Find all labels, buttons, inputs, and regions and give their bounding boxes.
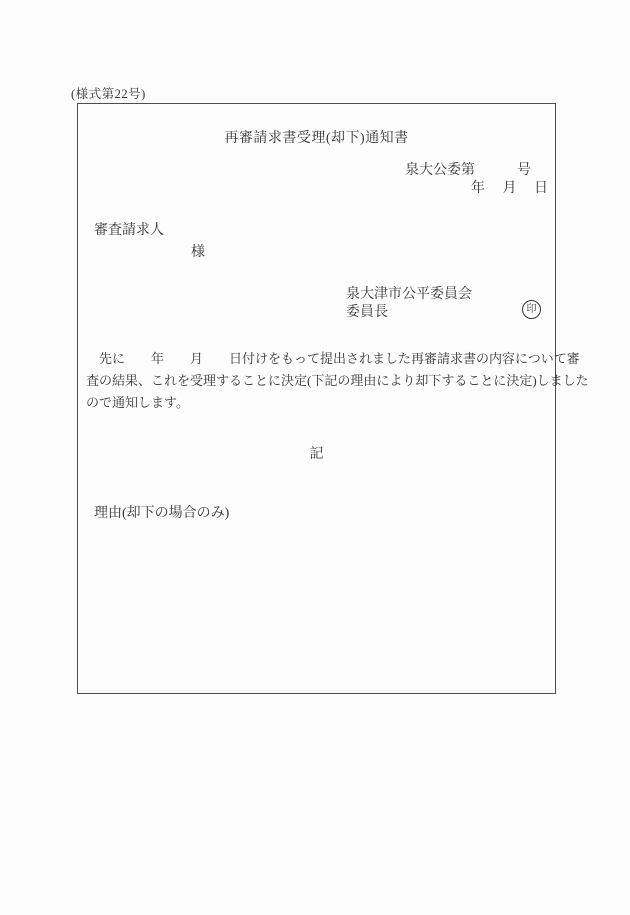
issuer-organization: 泉大津市公平委員会 <box>346 287 472 302</box>
reason-label: 理由(却下の場合のみ) <box>94 506 229 521</box>
form-number-label: (様式第22号) <box>71 84 146 102</box>
body-paragraph: 先に 年 月 日付けをもって提出されました再審請求書の内容について審 査の結果、… <box>86 348 549 414</box>
addressee-label: 審査請求人 <box>94 223 164 238</box>
body-line: 査の結果、これを受理することに決定(下記の理由により却下することに決定)しました <box>86 370 549 392</box>
body-line: ので通知します。 <box>86 392 549 414</box>
seal-stamp-text: 印 <box>527 304 537 315</box>
date-line: 年 月 日 <box>471 181 548 196</box>
body-line: 先に 年 月 日付けをもって提出されました再審請求書の内容について審 <box>86 348 549 370</box>
seal-stamp-icon: 印 <box>522 300 541 319</box>
record-heading: 記 <box>78 447 555 462</box>
addressee-honorific: 様 <box>191 245 205 260</box>
document-title: 再審請求書受理(却下)通知書 <box>78 131 555 146</box>
document-page: (様式第22号) 再審請求書受理(却下)通知書 泉大公委第 号 年 月 日 審査… <box>0 0 630 915</box>
issuer-title: 委員長 <box>346 305 388 320</box>
document-number-line: 泉大公委第 号 <box>405 163 531 178</box>
form-border-box: 再審請求書受理(却下)通知書 泉大公委第 号 年 月 日 審査請求人 様 泉大津… <box>77 103 556 694</box>
